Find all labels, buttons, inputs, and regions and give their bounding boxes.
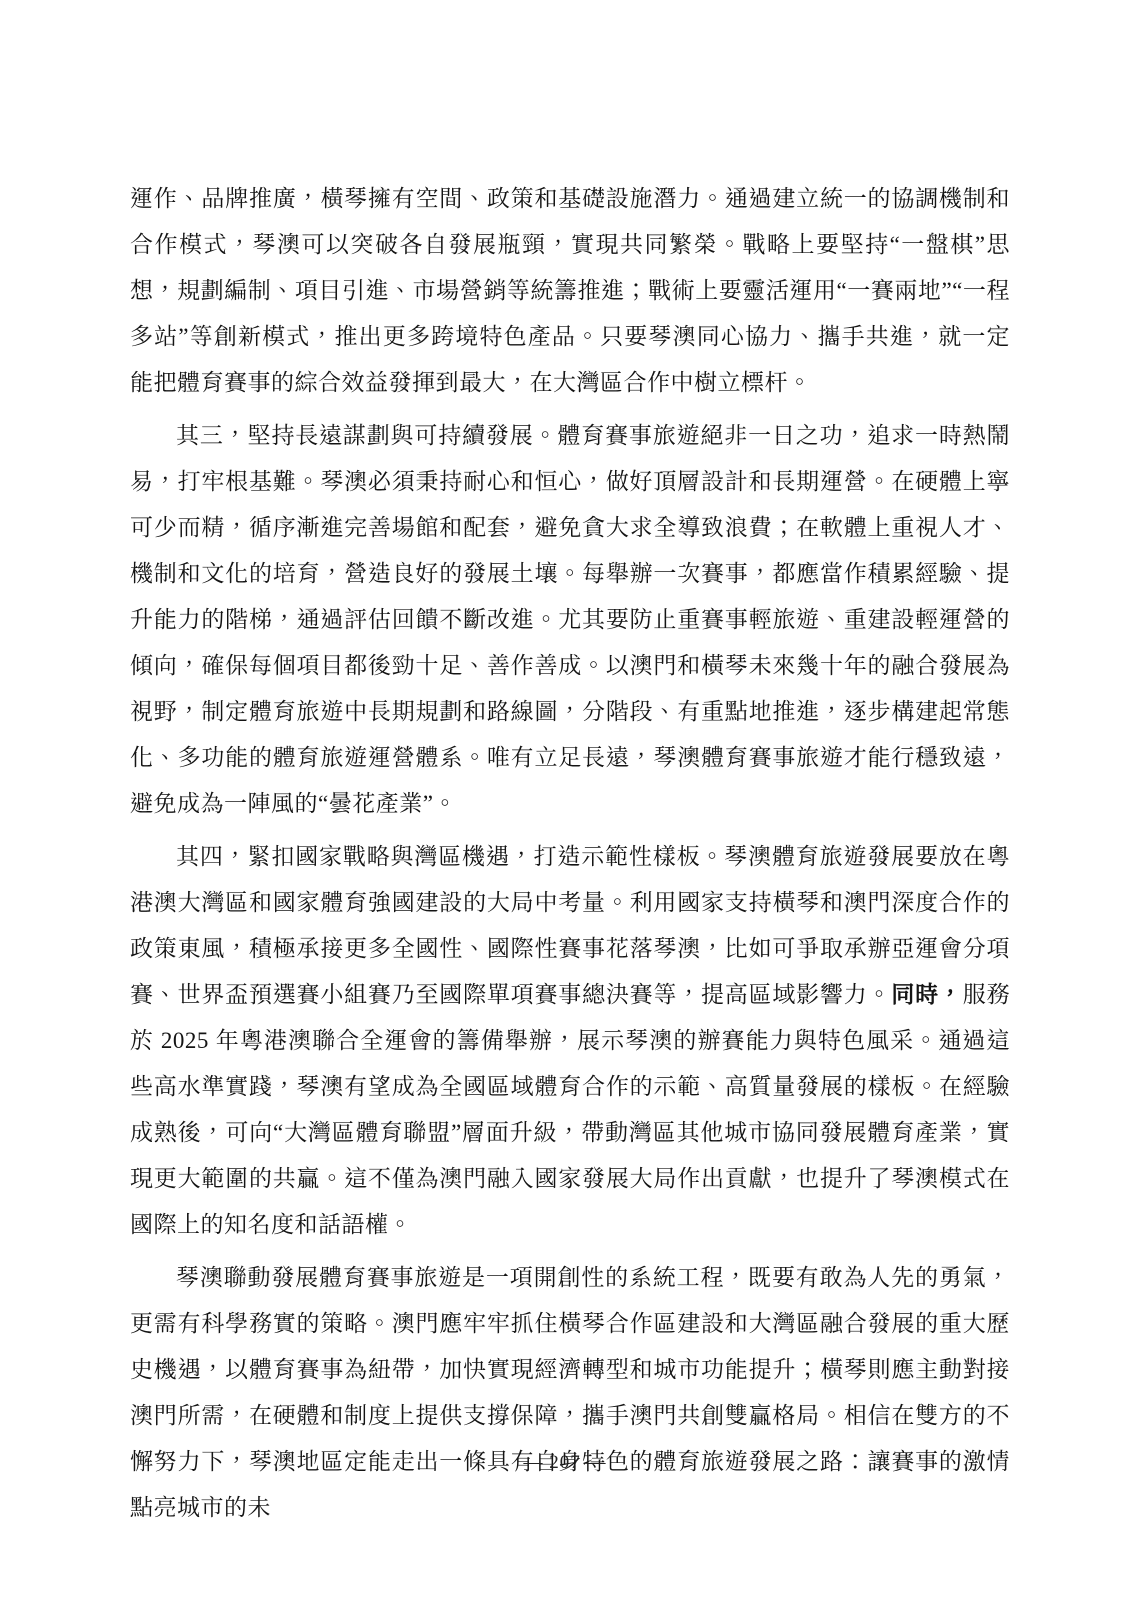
paragraph-point-four: 其四，緊扣國家戰略與灣區機遇，打造示範性樣板。琴澳體育旅遊發展要放在粵港澳大灣區… (130, 834, 1010, 1248)
paragraph-point-four-tail: 服務於 2025 年粵港澳聯合全運會的籌備舉辦，展示琴澳的辦賽能力與特色風采。通… (130, 982, 1010, 1237)
paragraph-point-three: 其三，堅持長遠謀劃與可持續發展。體育賽事旅遊絕非一日之功，追求一時熱鬧易，打牢根… (130, 413, 1010, 827)
page-body-text: 運作、品牌推廣，橫琴擁有空間、政策和基礎設施潛力。通過建立統一的協調機制和合作模… (130, 176, 1010, 1538)
paragraph-point-four-lead: 其四，緊扣國家戰略與灣區機遇，打造示範性樣板。琴澳體育旅遊發展要放在粵港澳大灣區… (130, 844, 1010, 1007)
paragraph-continuation: 運作、品牌推廣，橫琴擁有空間、政策和基礎設施潛力。通過建立統一的協調機制和合作模… (130, 176, 1010, 406)
paragraph-conclusion: 琴澳聯動發展體育賽事旅遊是一項開創性的系統工程，既要有敢為人先的勇氣，更需有科學… (130, 1255, 1010, 1531)
document-page: 運作、品牌推廣，橫琴擁有空間、政策和基礎設施潛力。通過建立統一的協調機制和合作模… (0, 0, 1130, 1600)
paragraph-point-four-bold-run: 同時， (891, 982, 962, 1007)
page-number: — 207 — (0, 1452, 1130, 1474)
